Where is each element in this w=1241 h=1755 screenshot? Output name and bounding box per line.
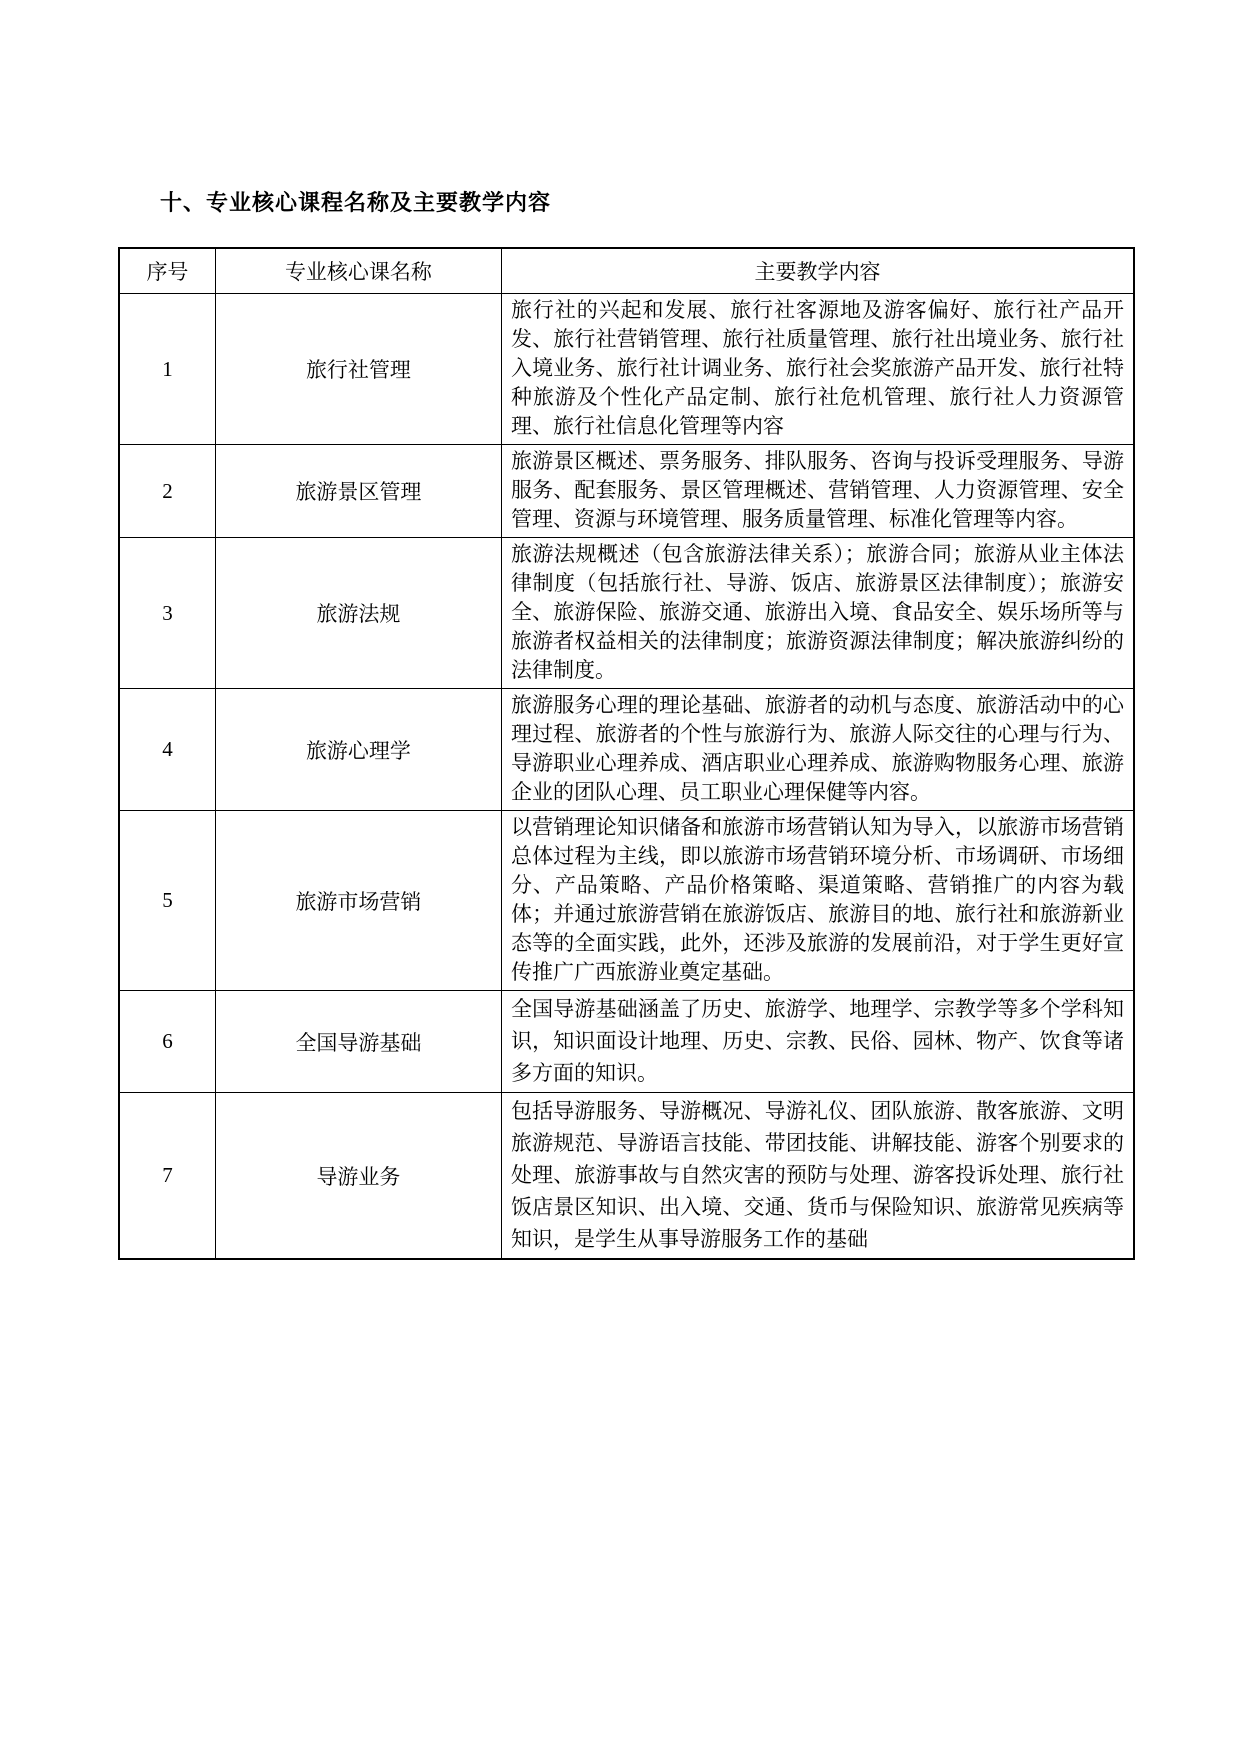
document-page: 十、专业核心课程名称及主要教学内容 序号 专业核心课名称 主要教学内容 1 旅行… — [0, 0, 1241, 1755]
core-courses-table: 序号 专业核心课名称 主要教学内容 1 旅行社管理 旅行社的兴起和发展、旅行社客… — [118, 247, 1135, 1260]
course-content: 旅行社的兴起和发展、旅行社客源地及游客偏好、旅行社产品开发、旅行社营销管理、旅行… — [502, 294, 1135, 445]
row-number: 2 — [119, 445, 215, 538]
table-header-row: 序号 专业核心课名称 主要教学内容 — [119, 248, 1134, 294]
course-content: 旅游法规概述（包含旅游法律关系）；旅游合同；旅游从业主体法律制度（包括旅行社、导… — [502, 538, 1135, 689]
course-name: 导游业务 — [215, 1093, 501, 1260]
course-content: 包括导游服务、导游概况、导游礼仪、团队旅游、散客旅游、文明旅游规范、导游语言技能… — [502, 1093, 1135, 1260]
course-content: 全国导游基础涵盖了历史、旅游学、地理学、宗教学等多个学科知识，知识面设计地理、历… — [502, 991, 1135, 1093]
course-content: 旅游服务心理的理论基础、旅游者的动机与态度、旅游活动中的心理过程、旅游者的个性与… — [502, 689, 1135, 811]
course-content: 以营销理论知识储备和旅游市场营销认知为导入，以旅游市场营销总体过程为主线，即以旅… — [502, 811, 1135, 991]
table-row: 1 旅行社管理 旅行社的兴起和发展、旅行社客源地及游客偏好、旅行社产品开发、旅行… — [119, 294, 1134, 445]
table-row: 2 旅游景区管理 旅游景区概述、票务服务、排队服务、咨询与投诉受理服务、导游服务… — [119, 445, 1134, 538]
section-title: 十、专业核心课程名称及主要教学内容 — [160, 189, 551, 217]
table-row: 4 旅游心理学 旅游服务心理的理论基础、旅游者的动机与态度、旅游活动中的心理过程… — [119, 689, 1134, 811]
course-name: 全国导游基础 — [215, 991, 501, 1093]
header-no: 序号 — [119, 248, 215, 294]
course-name: 旅游市场营销 — [215, 811, 501, 991]
header-teaching-content: 主要教学内容 — [502, 248, 1135, 294]
table-row: 7 导游业务 包括导游服务、导游概况、导游礼仪、团队旅游、散客旅游、文明旅游规范… — [119, 1093, 1134, 1260]
table-row: 6 全国导游基础 全国导游基础涵盖了历史、旅游学、地理学、宗教学等多个学科知识，… — [119, 991, 1134, 1093]
row-number: 5 — [119, 811, 215, 991]
course-name: 旅游景区管理 — [215, 445, 501, 538]
header-course-name: 专业核心课名称 — [215, 248, 501, 294]
row-number: 6 — [119, 991, 215, 1093]
table-row: 5 旅游市场营销 以营销理论知识储备和旅游市场营销认知为导入，以旅游市场营销总体… — [119, 811, 1134, 991]
course-name: 旅游心理学 — [215, 689, 501, 811]
course-name: 旅游法规 — [215, 538, 501, 689]
course-content: 旅游景区概述、票务服务、排队服务、咨询与投诉受理服务、导游服务、配套服务、景区管… — [502, 445, 1135, 538]
table-row: 3 旅游法规 旅游法规概述（包含旅游法律关系）；旅游合同；旅游从业主体法律制度（… — [119, 538, 1134, 689]
row-number: 7 — [119, 1093, 215, 1260]
course-name: 旅行社管理 — [215, 294, 501, 445]
row-number: 4 — [119, 689, 215, 811]
row-number: 3 — [119, 538, 215, 689]
row-number: 1 — [119, 294, 215, 445]
